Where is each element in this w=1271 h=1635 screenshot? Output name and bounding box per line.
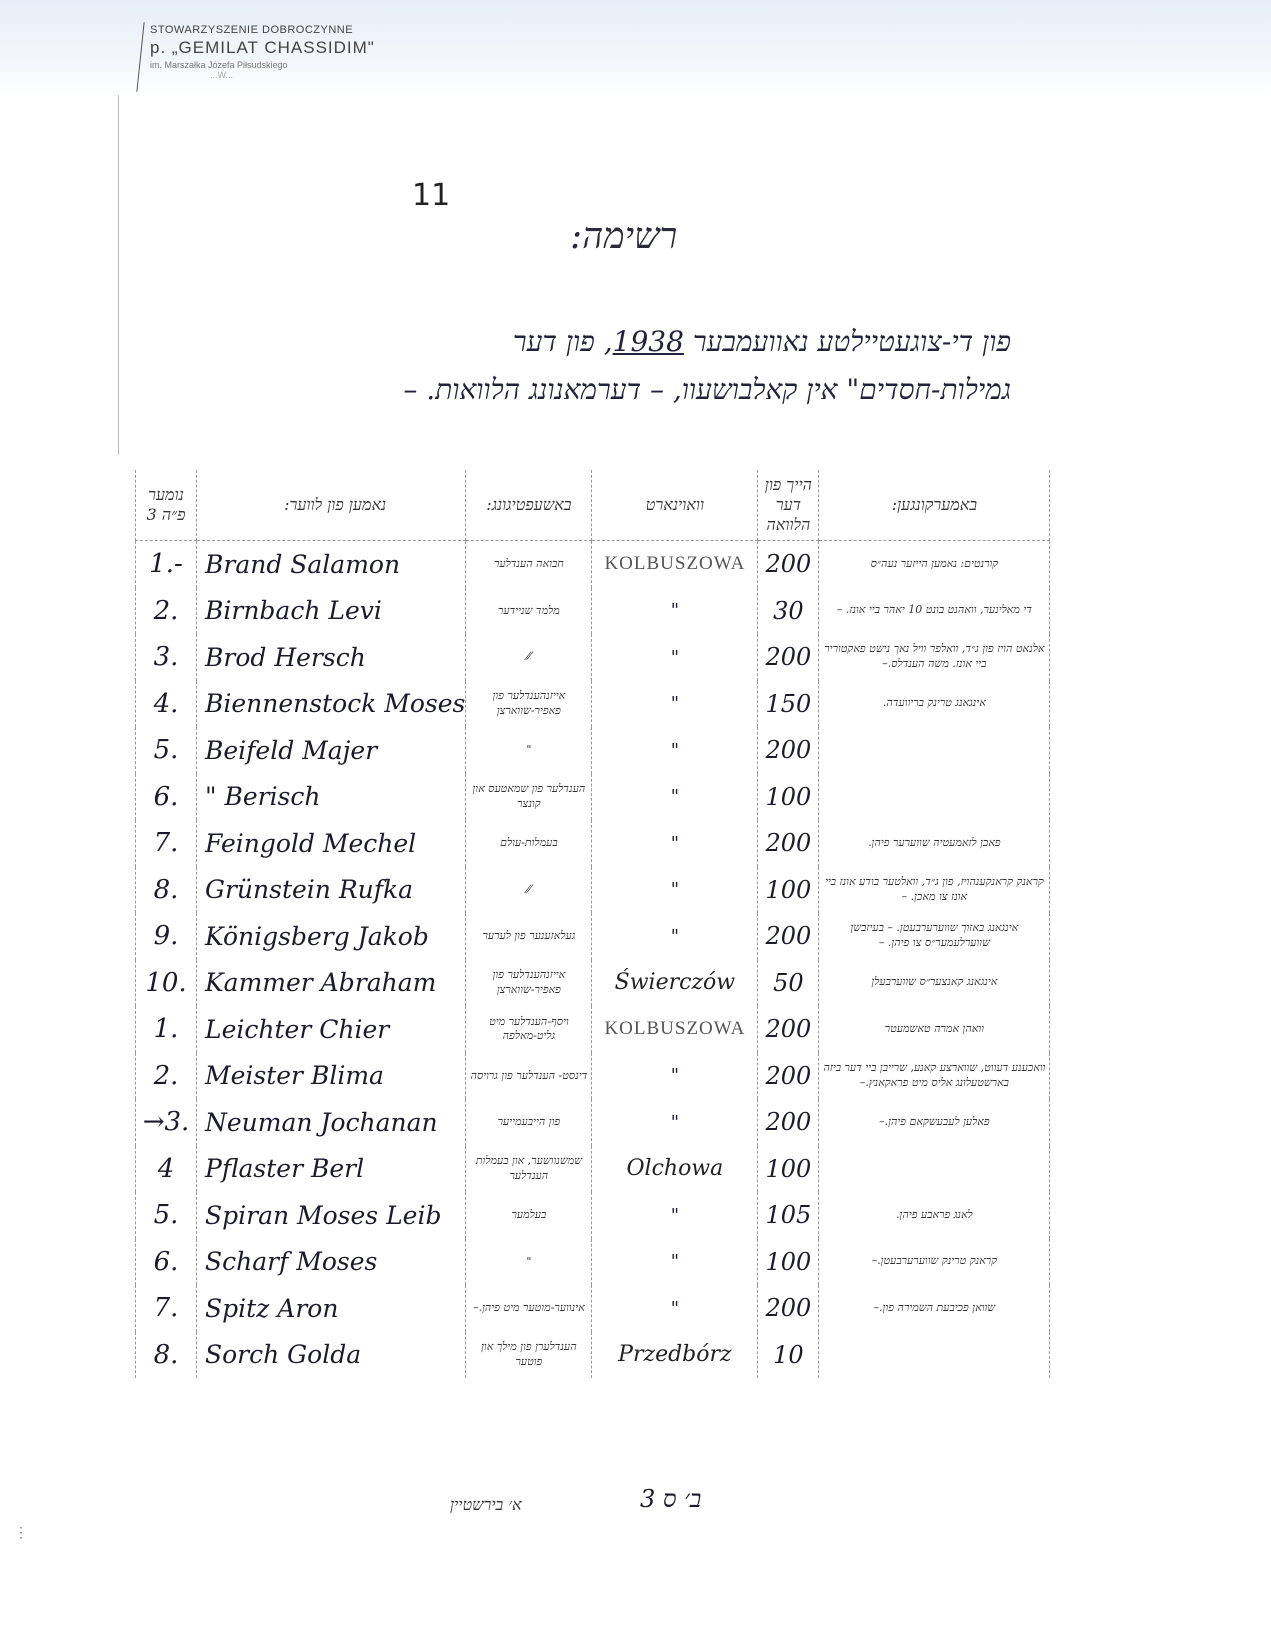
borrower-name: Scharf Moses bbox=[197, 1239, 466, 1286]
occupation-text: דינסט- הענדלער פון גרויסה bbox=[471, 1069, 588, 1082]
remarks-text: די מאלינער, וואהנט בונט 10 יאהר ביי אונז… bbox=[837, 603, 1032, 616]
occupation: ⁄⁄ bbox=[466, 634, 592, 681]
row-number-text: 1. bbox=[154, 1014, 179, 1044]
residence: KOLBUSZOWA bbox=[592, 1006, 758, 1053]
table-row: 5.Beifeld Majer""200 bbox=[136, 727, 1050, 774]
row-number: 6. bbox=[136, 1239, 197, 1286]
stamp-line-2: p. „GEMILAT CHASSIDIM" bbox=[150, 38, 375, 58]
loan-amount: 150 bbox=[758, 681, 819, 728]
occupation-text: אינווער-מוטער מיט פיהן.– bbox=[473, 1301, 585, 1314]
residence-text: " bbox=[671, 740, 679, 761]
loan-amount: 200 bbox=[758, 1099, 819, 1146]
occupation-text: מלמד שניידער bbox=[498, 604, 560, 617]
loan-amount: 100 bbox=[758, 1146, 819, 1193]
residence-text: " bbox=[671, 1112, 679, 1133]
borrower-name-text: Pflaster Berl bbox=[205, 1154, 364, 1183]
row-number-text: 10. bbox=[145, 968, 186, 998]
loan-amount-text: 100 bbox=[765, 1155, 811, 1183]
borrower-name: Birnbach Levi bbox=[197, 588, 466, 635]
loan-amount-text: 200 bbox=[765, 1294, 811, 1322]
loan-amount-text: 200 bbox=[765, 736, 811, 764]
table-row: 6.Scharf Moses""100קראנק טרינק שווערערבע… bbox=[136, 1239, 1050, 1286]
residence: " bbox=[592, 634, 758, 681]
loan-amount: 200 bbox=[758, 1285, 819, 1332]
scan-edge-mark: ⋮ bbox=[14, 1525, 28, 1541]
remarks: אינגאנג באזוך שווערערבעטן. – בעיזבשן שוו… bbox=[819, 913, 1050, 960]
remarks-text: פאכן לזאמעטיה שווערער פיהן. bbox=[868, 836, 1001, 849]
occupation: חבואה הענדלער bbox=[466, 541, 592, 588]
stamp-line-1: STOWARZYSZENIE DOBROCZYNNE bbox=[150, 24, 375, 36]
remarks: קראנק טרינק שווערערבעטן.– bbox=[819, 1239, 1050, 1286]
loan-amount-text: 50 bbox=[773, 969, 804, 997]
remarks-text: קורנטים: נאמען הייזער נעה״ס bbox=[871, 557, 999, 570]
remarks: שוואן פכיבעת השמירה פון.– bbox=[819, 1285, 1050, 1332]
borrower-name-text: Neuman Jochanan bbox=[205, 1108, 438, 1137]
borrower-name-text: Meister Blima bbox=[205, 1061, 384, 1090]
row-number: 10. bbox=[136, 960, 197, 1007]
borrower-name: Biennenstock Moses bbox=[197, 681, 466, 728]
remarks-text: אינגאנג טרינק בריוועדה. bbox=[883, 696, 986, 709]
residence: " bbox=[592, 1099, 758, 1146]
loan-amount: 50 bbox=[758, 960, 819, 1007]
residence-text: " bbox=[671, 1298, 679, 1319]
remarks: קראנק קראנקענהויז, פון ג״ד, וואלטער בודע… bbox=[819, 867, 1050, 914]
occupation-text: אייזנהענדלער פון פאפיר-שווארצן bbox=[493, 689, 566, 716]
row-number: 1. bbox=[136, 1006, 197, 1053]
residence-text: " bbox=[671, 693, 679, 714]
borrower-name-text: Feingold Mechel bbox=[205, 829, 416, 858]
residence-text: " bbox=[671, 1065, 679, 1086]
occupation-text: געלאזענער פון לערער bbox=[482, 929, 575, 942]
col-occupation: באשעפטיגונג: bbox=[466, 470, 592, 541]
row-number-text: 8. bbox=[154, 1340, 179, 1370]
row-number-text: 9. bbox=[154, 921, 179, 951]
borrower-name-text: Biennenstock Moses bbox=[205, 689, 465, 718]
remarks-text: אינגאנג קאנצער״ס שווערבעלן bbox=[871, 975, 997, 988]
borrower-name: " Berisch bbox=[197, 774, 466, 821]
borrower-name-text: Birnbach Levi bbox=[205, 596, 382, 625]
row-number: 2. bbox=[136, 588, 197, 635]
table-row: 8.Grünstein Rufka⁄⁄"100קראנק קראנקענהויז… bbox=[136, 867, 1050, 914]
loan-amount-text: 30 bbox=[773, 597, 804, 625]
remarks: וואכענע דעווט, שווארצע קאנע, שרייבן ביי … bbox=[819, 1053, 1050, 1100]
occupation-text: בעלמער bbox=[511, 1208, 546, 1221]
occupation-text: הענדלער פון שמאטעס און קונצר bbox=[472, 782, 585, 809]
remarks: קורנטים: נאמען הייזער נעה״ס bbox=[819, 541, 1050, 588]
col-loan-amount: הייך פון דער הלוואה bbox=[758, 470, 819, 541]
borrower-name-text: Leichter Chier bbox=[205, 1015, 389, 1044]
occupation-text: " bbox=[526, 743, 531, 756]
borrower-name-text: Brand Salamon bbox=[205, 550, 400, 579]
residence: " bbox=[592, 588, 758, 635]
borrower-name-text: Beifeld Majer bbox=[205, 736, 377, 765]
row-number: 5. bbox=[136, 727, 197, 774]
occupation: הענדלער פון שמאטעס און קונצר bbox=[466, 774, 592, 821]
residence: " bbox=[592, 820, 758, 867]
residence: " bbox=[592, 913, 758, 960]
row-number-text: 6. bbox=[154, 1247, 179, 1277]
borrower-name: Grünstein Rufka bbox=[197, 867, 466, 914]
heading-line-2: גמילות-חסדים" אין קאלבושעוו, – דערמאנונג… bbox=[221, 366, 1011, 414]
loan-amount-text: 100 bbox=[765, 783, 811, 811]
remarks: פאכן לזאמעטיה שווערער פיהן. bbox=[819, 820, 1050, 867]
row-number: 6. bbox=[136, 774, 197, 821]
occupation: מלמד שניידער bbox=[466, 588, 592, 635]
heading-line-1: פון די-צוגעטיילטע נאוועמבער 1938, פון דע… bbox=[221, 318, 1011, 366]
row-number: 3. bbox=[136, 634, 197, 681]
loan-amount-text: 10 bbox=[773, 1341, 804, 1369]
borrower-name: Brod Hersch bbox=[197, 634, 466, 681]
residence: " bbox=[592, 1239, 758, 1286]
remarks-text: קראנק טרינק שווערערבעטן.– bbox=[872, 1254, 997, 1267]
ledger-header-row: נומער פ״ה 3 נאמען פון לווער: באשעפטיגונג… bbox=[136, 470, 1050, 541]
remarks-text: פאלען לעבעשקאם פיהן.– bbox=[879, 1115, 989, 1128]
borrower-name: Kammer Abraham bbox=[197, 960, 466, 1007]
occupation-text: בעמלות-עולם bbox=[500, 836, 557, 849]
table-row: 8.Sorch Goldaהענדלערן פון מילך און פוטער… bbox=[136, 1332, 1050, 1379]
loan-amount-text: 200 bbox=[765, 550, 811, 578]
loan-amount: 200 bbox=[758, 1053, 819, 1100]
table-row: 9.Königsberg Jakobגעלאזענער פון לערער"20… bbox=[136, 913, 1050, 960]
borrower-name-text: Sorch Golda bbox=[205, 1340, 361, 1369]
occupation: געלאזענער פון לערער bbox=[466, 913, 592, 960]
loan-amount: 100 bbox=[758, 1239, 819, 1286]
remarks: די מאלינער, וואהנט בונט 10 יאהר ביי אונז… bbox=[819, 588, 1050, 635]
row-number-text: 2. bbox=[154, 596, 179, 626]
occupation: שמשנוושער, און בעמלות הענדלער bbox=[466, 1146, 592, 1193]
loan-amount-text: 200 bbox=[765, 1062, 811, 1090]
row-number: 1.- bbox=[136, 541, 197, 588]
borrower-name: Meister Blima bbox=[197, 1053, 466, 1100]
remarks-text: לאנג פראבע פיהן. bbox=[896, 1208, 973, 1221]
borrower-name-text: Brod Hersch bbox=[205, 643, 366, 672]
row-number: 8. bbox=[136, 1332, 197, 1379]
residence-text: Olchowa bbox=[627, 1156, 724, 1181]
loan-amount: 100 bbox=[758, 867, 819, 914]
row-number-text: 7. bbox=[154, 828, 179, 858]
document-heading: פון די-צוגעטיילטע נאוועמבער 1938, פון דע… bbox=[221, 318, 1011, 413]
table-row: →3.Neuman Jochananפון הייבעמייער"200פאלע… bbox=[136, 1099, 1050, 1146]
table-row: 3.Brod Hersch⁄⁄"200אלנאט הויז פון ג״ד, ו… bbox=[136, 634, 1050, 681]
stamp-line-4: ...W... bbox=[210, 70, 375, 80]
col-borrower-name: נאמען פון לווער: bbox=[197, 470, 466, 541]
borrower-name: Brand Salamon bbox=[197, 541, 466, 588]
residence-text: " bbox=[671, 833, 679, 854]
loan-amount-text: 200 bbox=[765, 1015, 811, 1043]
remarks bbox=[819, 1146, 1050, 1193]
occupation: בעמלות-עולם bbox=[466, 820, 592, 867]
remarks-text: וואהן אמרה טאשמעטר bbox=[885, 1022, 984, 1035]
occupation: אייזנהענדלער פון פאפיר-שווארצן bbox=[466, 960, 592, 1007]
occupation: אינווער-מוטער מיט פיהן.– bbox=[466, 1285, 592, 1332]
remarks bbox=[819, 774, 1050, 821]
col-number: נומער פ״ה 3 bbox=[136, 470, 197, 541]
residence: Przedbórz bbox=[592, 1332, 758, 1379]
row-number-text: 7. bbox=[154, 1293, 179, 1323]
table-row: 1.Leichter Chierויסף-הענדלער מיט גליט-מא… bbox=[136, 1006, 1050, 1053]
table-row: 7.Feingold Mechelבעמלות-עולם"200פאכן לזא… bbox=[136, 820, 1050, 867]
residence-text: " bbox=[671, 647, 679, 668]
occupation-text: חבואה הענדלער bbox=[494, 557, 564, 570]
residence-text: " bbox=[671, 926, 679, 947]
loan-amount: 200 bbox=[758, 913, 819, 960]
table-row: 7.Spitz Aronאינווער-מוטער מיט פיהן.–"200… bbox=[136, 1285, 1050, 1332]
table-row: 1.-Brand Salamonחבואה הענדלערKOLBUSZOWA2… bbox=[136, 541, 1050, 588]
residence: Olchowa bbox=[592, 1146, 758, 1193]
loan-amount-text: 200 bbox=[765, 1108, 811, 1136]
occupation-text: פון הייבעמייער bbox=[498, 1115, 561, 1128]
loan-amount: 105 bbox=[758, 1192, 819, 1239]
row-number: 4 bbox=[136, 1146, 197, 1193]
occupation-text: הענדלערן פון מילך און פוטער bbox=[481, 1340, 577, 1367]
table-row: 10.Kammer Abrahamאייזנהענדלער פון פאפיר-… bbox=[136, 960, 1050, 1007]
document-title: רשימה: bbox=[570, 215, 677, 257]
row-number: 8. bbox=[136, 867, 197, 914]
row-number-text: 8. bbox=[154, 875, 179, 905]
occupation: " bbox=[466, 1239, 592, 1286]
loan-amount: 200 bbox=[758, 820, 819, 867]
heading-suffix: , פון דער bbox=[513, 325, 613, 358]
row-number-text: 3. bbox=[154, 642, 179, 672]
residence-text: Przedbórz bbox=[618, 1342, 731, 1367]
loan-amount: 30 bbox=[758, 588, 819, 635]
loan-amount-text: 150 bbox=[765, 690, 811, 718]
occupation: אייזנהענדלער פון פאפיר-שווארצן bbox=[466, 681, 592, 728]
remarks: וואהן אמרה טאשמעטר bbox=[819, 1006, 1050, 1053]
row-number: 7. bbox=[136, 820, 197, 867]
row-number-text: 4 bbox=[158, 1154, 175, 1184]
occupation: " bbox=[466, 727, 592, 774]
loan-amount: 200 bbox=[758, 727, 819, 774]
loan-amount: 200 bbox=[758, 541, 819, 588]
col-remarks: באמערקונגען: bbox=[819, 470, 1050, 541]
borrower-name: Feingold Mechel bbox=[197, 820, 466, 867]
loan-ledger-table: נומער פ״ה 3 נאמען פון לווער: באשעפטיגונג… bbox=[135, 470, 1050, 1378]
margin-mark: 11 bbox=[412, 178, 450, 213]
table-row: 4.Biennenstock Mosesאייזנהענדלער פון פאפ… bbox=[136, 681, 1050, 728]
borrower-name-text: " Berisch bbox=[205, 782, 321, 811]
residence: " bbox=[592, 1192, 758, 1239]
remarks bbox=[819, 727, 1050, 774]
residence: " bbox=[592, 867, 758, 914]
residence-text: " bbox=[671, 1251, 679, 1272]
row-number-text: 5. bbox=[154, 1200, 179, 1230]
footer-signature: א׳ בירשטיין bbox=[450, 1495, 522, 1515]
residence-text: KOLBUSZOWA bbox=[604, 553, 745, 574]
loan-amount: 10 bbox=[758, 1332, 819, 1379]
table-row: 6." Berischהענדלער פון שמאטעס און קונצר"… bbox=[136, 774, 1050, 821]
remarks: פאלען לעבעשקאם פיהן.– bbox=[819, 1099, 1050, 1146]
row-number-text: 2. bbox=[154, 1061, 179, 1091]
loan-amount-text: 200 bbox=[765, 829, 811, 857]
borrower-name-text: Spitz Aron bbox=[205, 1294, 338, 1323]
residence: KOLBUSZOWA bbox=[592, 541, 758, 588]
row-number: 9. bbox=[136, 913, 197, 960]
loan-amount: 200 bbox=[758, 634, 819, 681]
ledger-body: 1.-Brand Salamonחבואה הענדלערKOLBUSZOWA2… bbox=[136, 541, 1050, 1379]
table-row: 5.Spiran Moses Leibבעלמער"105לאנג פראבע … bbox=[136, 1192, 1050, 1239]
residence-text: Świerczów bbox=[615, 970, 735, 995]
heading-prefix: פון די-צוגעטיילטע bbox=[818, 325, 1012, 358]
occupation: הענדלערן פון מילך און פוטער bbox=[466, 1332, 592, 1379]
remarks bbox=[819, 1332, 1050, 1379]
remarks-text: וואכענע דעווט, שווארצע קאנע, שרייבן ביי … bbox=[823, 1061, 1045, 1089]
row-number-text: 6. bbox=[154, 782, 179, 812]
row-number: 2. bbox=[136, 1053, 197, 1100]
occupation-text: ⁄⁄ bbox=[527, 883, 531, 896]
loan-amount: 100 bbox=[758, 774, 819, 821]
residence: " bbox=[592, 681, 758, 728]
borrower-name: Spitz Aron bbox=[197, 1285, 466, 1332]
borrower-name: Beifeld Majer bbox=[197, 727, 466, 774]
heading-month: נאוועמבער bbox=[693, 325, 809, 358]
table-row: 2.Meister Blimaדינסט- הענדלער פון גרויסה… bbox=[136, 1053, 1050, 1100]
footer-page-marker: ב׳ ס 3 bbox=[640, 1485, 701, 1514]
row-number: →3. bbox=[136, 1099, 197, 1146]
borrower-name: Neuman Jochanan bbox=[197, 1099, 466, 1146]
loan-amount-text: 100 bbox=[765, 876, 811, 904]
borrower-name: Sorch Golda bbox=[197, 1332, 466, 1379]
borrower-name-text: Grünstein Rufka bbox=[205, 875, 413, 904]
residence: Świerczów bbox=[592, 960, 758, 1007]
occupation-text: ⁄⁄ bbox=[527, 650, 531, 663]
borrower-name-text: Spiran Moses Leib bbox=[205, 1201, 441, 1230]
residence: " bbox=[592, 1285, 758, 1332]
loan-amount-text: 200 bbox=[765, 643, 811, 671]
borrower-name-text: Kammer Abraham bbox=[205, 968, 436, 997]
residence: " bbox=[592, 1053, 758, 1100]
occupation-text: שמשנוושער, און בעמלות הענדלער bbox=[476, 1154, 582, 1181]
borrower-name: Leichter Chier bbox=[197, 1006, 466, 1053]
occupation-text: " bbox=[526, 1255, 531, 1268]
row-number-text: 1.- bbox=[149, 549, 183, 579]
loan-amount-text: 100 bbox=[765, 1248, 811, 1276]
loan-amount: 200 bbox=[758, 1006, 819, 1053]
heading-year: 1938 bbox=[613, 325, 684, 358]
row-number: 7. bbox=[136, 1285, 197, 1332]
col-residence: וואוינארט bbox=[592, 470, 758, 541]
remarks: לאנג פראבע פיהן. bbox=[819, 1192, 1050, 1239]
row-number-text: 5. bbox=[154, 735, 179, 765]
table-row: 2.Birnbach Leviמלמד שניידער"30די מאלינער… bbox=[136, 588, 1050, 635]
residence-text: " bbox=[671, 1205, 679, 1226]
borrower-name: Pflaster Berl bbox=[197, 1146, 466, 1193]
row-number: 4. bbox=[136, 681, 197, 728]
borrower-name: Königsberg Jakob bbox=[197, 913, 466, 960]
occupation: ⁄⁄ bbox=[466, 867, 592, 914]
residence: " bbox=[592, 774, 758, 821]
residence-text: KOLBUSZOWA bbox=[604, 1018, 745, 1039]
occupation: פון הייבעמייער bbox=[466, 1099, 592, 1146]
row-number-text: →3. bbox=[143, 1107, 190, 1137]
borrower-name-text: Königsberg Jakob bbox=[205, 922, 429, 951]
remarks-text: אינגאנג באזוך שווערערבעטן. – בעיזבשן שוו… bbox=[851, 921, 1019, 949]
organization-stamp: STOWARZYSZENIE DOBROCZYNNE p. „GEMILAT C… bbox=[150, 24, 375, 80]
residence-text: " bbox=[671, 600, 679, 621]
row-number-text: 4. bbox=[154, 689, 179, 719]
borrower-name-text: Scharf Moses bbox=[205, 1247, 377, 1276]
borrower-name: Spiran Moses Leib bbox=[197, 1192, 466, 1239]
remarks: אינגאנג טרינק בריוועדה. bbox=[819, 681, 1050, 728]
remarks-text: קראנק קראנקענהויז, פון ג״ד, וואלטער בודע… bbox=[825, 875, 1044, 903]
loan-amount-text: 105 bbox=[765, 1201, 811, 1229]
residence-text: " bbox=[671, 879, 679, 900]
row-number: 5. bbox=[136, 1192, 197, 1239]
remarks-text: אלנאט הויז פון ג״ד, וואלפר וויל נאך נישט… bbox=[824, 642, 1044, 670]
table-row: 4Pflaster Berlשמשנוושער, און בעמלות הענד… bbox=[136, 1146, 1050, 1193]
occupation: ויסף-הענדלער מיט גליט-מאלפה bbox=[466, 1006, 592, 1053]
occupation-text: ויסף-הענדלער מיט גליט-מאלפה bbox=[489, 1015, 569, 1042]
occupation-text: אייזנהענדלער פון פאפיר-שווארצן bbox=[493, 968, 566, 995]
margin-line bbox=[118, 95, 119, 455]
remarks: אלנאט הויז פון ג״ד, וואלפר וויל נאך נישט… bbox=[819, 634, 1050, 681]
remarks-text: שוואן פכיבעת השמירה פון.– bbox=[874, 1301, 995, 1314]
occupation: דינסט- הענדלער פון גרויסה bbox=[466, 1053, 592, 1100]
remarks: אינגאנג קאנצער״ס שווערבעלן bbox=[819, 960, 1050, 1007]
occupation: בעלמער bbox=[466, 1192, 592, 1239]
residence: " bbox=[592, 727, 758, 774]
stamp-line-3: im. Marszałka Józefa Piłsudskiego bbox=[150, 60, 375, 70]
loan-amount-text: 200 bbox=[765, 922, 811, 950]
residence-text: " bbox=[671, 786, 679, 807]
